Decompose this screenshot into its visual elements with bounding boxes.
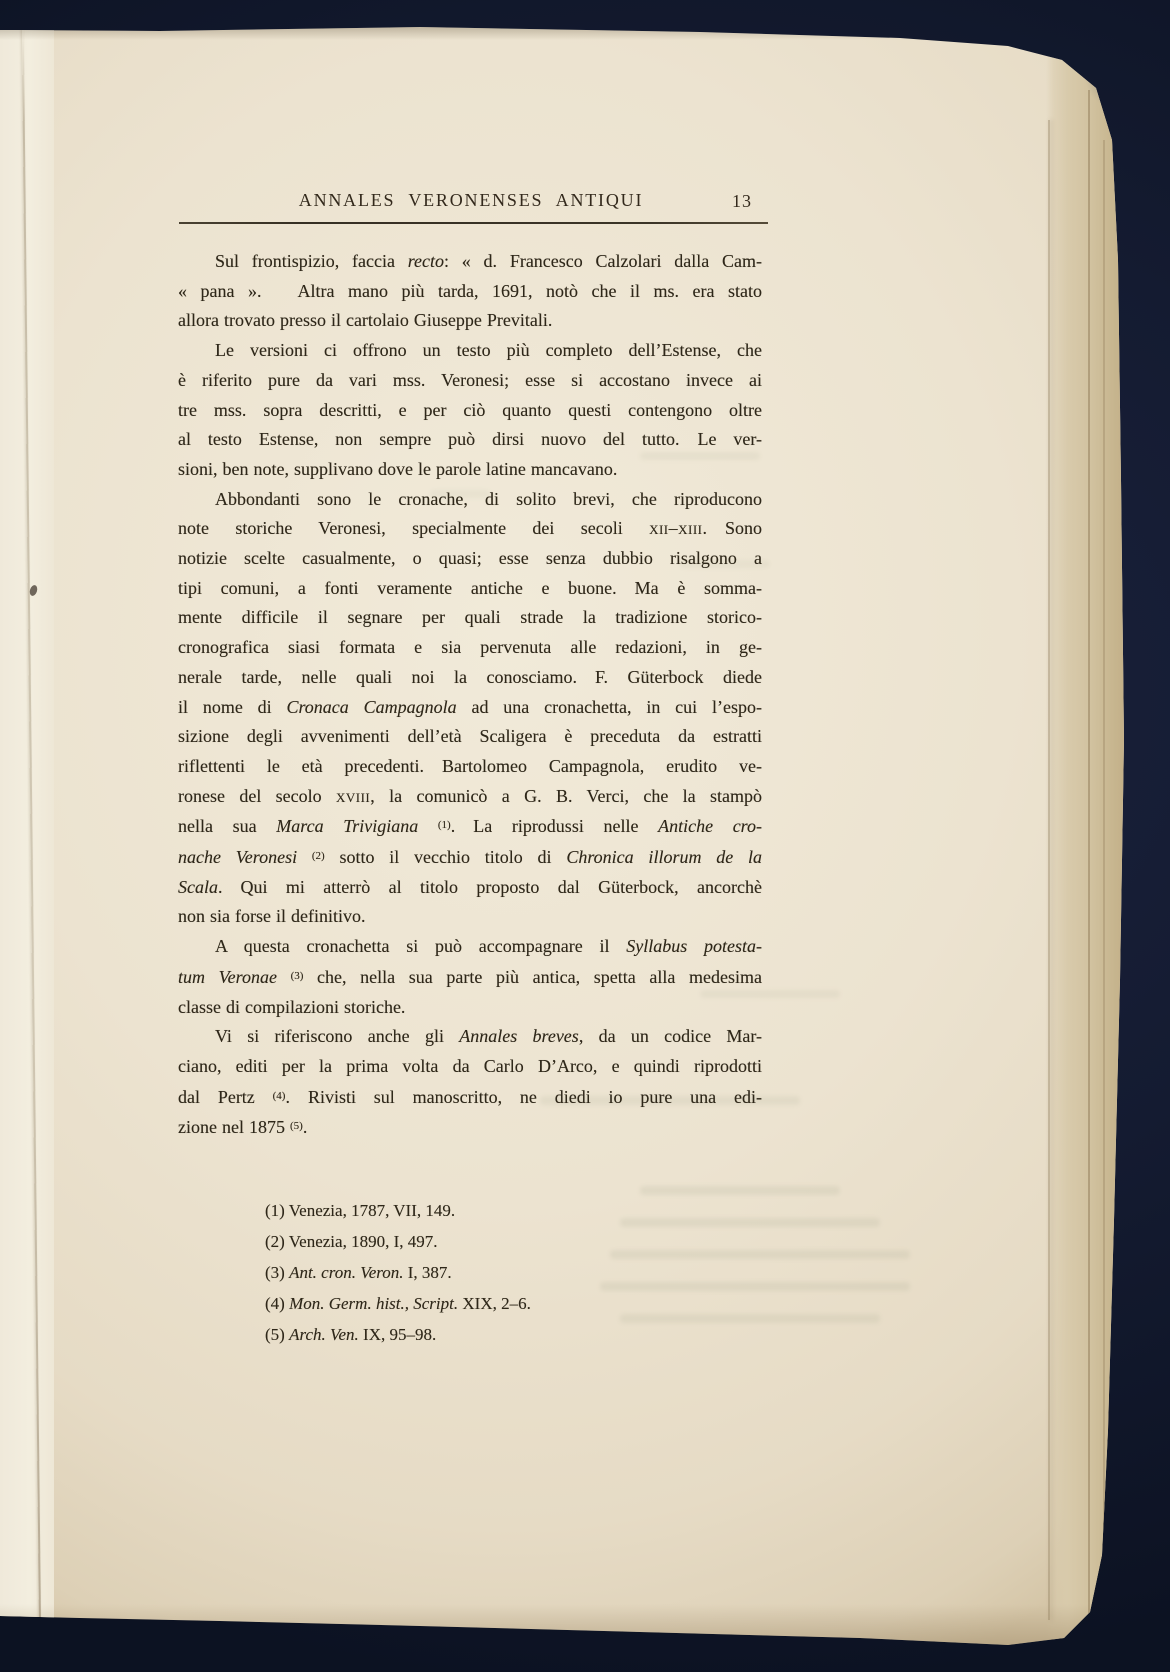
paragraph: A questa cronachetta si può accompagnare… [178,932,762,1022]
text-line: notizie scelte casualmente, o quasi; ess… [178,544,762,574]
text-line: sioni, ben note, supplivano dove le paro… [178,455,762,485]
paragraph: Vi si riferiscono anche gli Annales brev… [178,1022,762,1143]
paragraph: Abbondanti sono le cronache, di solito b… [178,485,762,933]
text-line: classe di compilazioni storiche. [178,993,762,1023]
footnotes: (1) Venezia, 1787, VII, 149.(2) Venezia,… [265,1196,765,1351]
text-line: nache Veronesi (2) sotto il vecchio tito… [178,842,762,873]
text-line: tre mss. sopra descritti, e per ciò quan… [178,396,762,426]
text-line: « pana ». Altra mano più tarda, 1691, no… [178,277,762,307]
text-line: Sul frontispizio, faccia recto: « d. Fra… [178,247,762,277]
text-line: è riferito pure da vari mss. Veronesi; e… [178,366,762,396]
text-line: cronografica siasi formata e sia pervenu… [178,633,762,663]
book-page: ANNALES VERONENSES ANTIQUI 13 Sul fronti… [0,0,1124,1650]
text-line: note storiche Veronesi, specialmente dei… [178,514,762,544]
text-line: zione nel 1875 (5). [178,1112,762,1143]
text-line: Scala. Qui mi atterrò al titolo proposto… [178,873,762,903]
paragraph: Le versioni ci offrono un testo più comp… [178,336,762,485]
text-line: Le versioni ci offrono un testo più comp… [178,336,762,366]
header-rule [179,222,768,224]
text-line: nella sua Marca Trivigiana (1). La ripro… [178,811,762,842]
footnote: (2) Venezia, 1890, I, 497. [265,1227,765,1258]
footnote: (1) Venezia, 1787, VII, 149. [265,1196,765,1227]
show-through-ghost [640,1186,840,1195]
running-header: ANNALES VERONENSES ANTIQUI 13 [178,190,764,216]
text-line: A questa cronachetta si può accompagnare… [178,932,762,962]
fore-edge-crease [1048,120,1050,1620]
page-edge-line [1103,140,1105,1620]
text-line: sizione degli avvenimenti dell’età Scali… [178,722,762,752]
running-header-title: ANNALES VERONENSES ANTIQUI [178,190,764,211]
book-fore-edge-pages [1046,44,1124,1644]
photo-background: { "page": { "colors": { "background": "#… [0,0,1170,1672]
text-line: mente difficile il segnare per quali str… [178,603,762,633]
text-line: il nome di Cronaca Campagnola ad una cro… [178,693,762,723]
text-line: tum Veronae (3) che, nella sua parte più… [178,962,762,993]
text-line: al testo Estense, non sempre può dirsi n… [178,425,762,455]
text-line: allora trovato presso il cartolaio Giuse… [178,306,762,336]
paragraph: Sul frontispizio, faccia recto: « d. Fra… [178,247,762,336]
footnote: (4) Mon. Germ. hist., Script. XIX, 2–6. [265,1289,765,1320]
page-edge-line [1088,90,1090,1630]
bottom-edge-shadow [0,1604,1124,1646]
body-paragraphs: Sul frontispizio, faccia recto: « d. Fra… [178,247,762,1143]
text-line: non sia forse il definitivo. [178,902,762,932]
corner-curl-shadow [1076,36,1138,110]
footnote: (5) Arch. Ven. IX, 95–98. [265,1320,765,1351]
text-line: Vi si riferiscono anche gli Annales brev… [178,1022,762,1052]
text-line: nerale tarde, nelle quali noi la conosci… [178,663,762,693]
text-line: Abbondanti sono le cronache, di solito b… [178,485,762,515]
text-line: tipi comuni, a fonti veramente antiche e… [178,574,762,604]
footnote: (3) Ant. cron. Veron. I, 387. [265,1258,765,1289]
text-line: ronese del secolo xviii, la comunicò a G… [178,782,762,812]
page-number: 13 [732,191,752,212]
text-line: ciano, editi per la prima volta da Carlo… [178,1052,762,1082]
text-line: dal Pertz (4). Rivisti sul manoscritto, … [178,1082,762,1113]
left-page-fold [0,0,54,1650]
text-line: riflettenti le età precedenti. Bartolome… [178,752,762,782]
top-edge-shadow [0,26,1124,40]
